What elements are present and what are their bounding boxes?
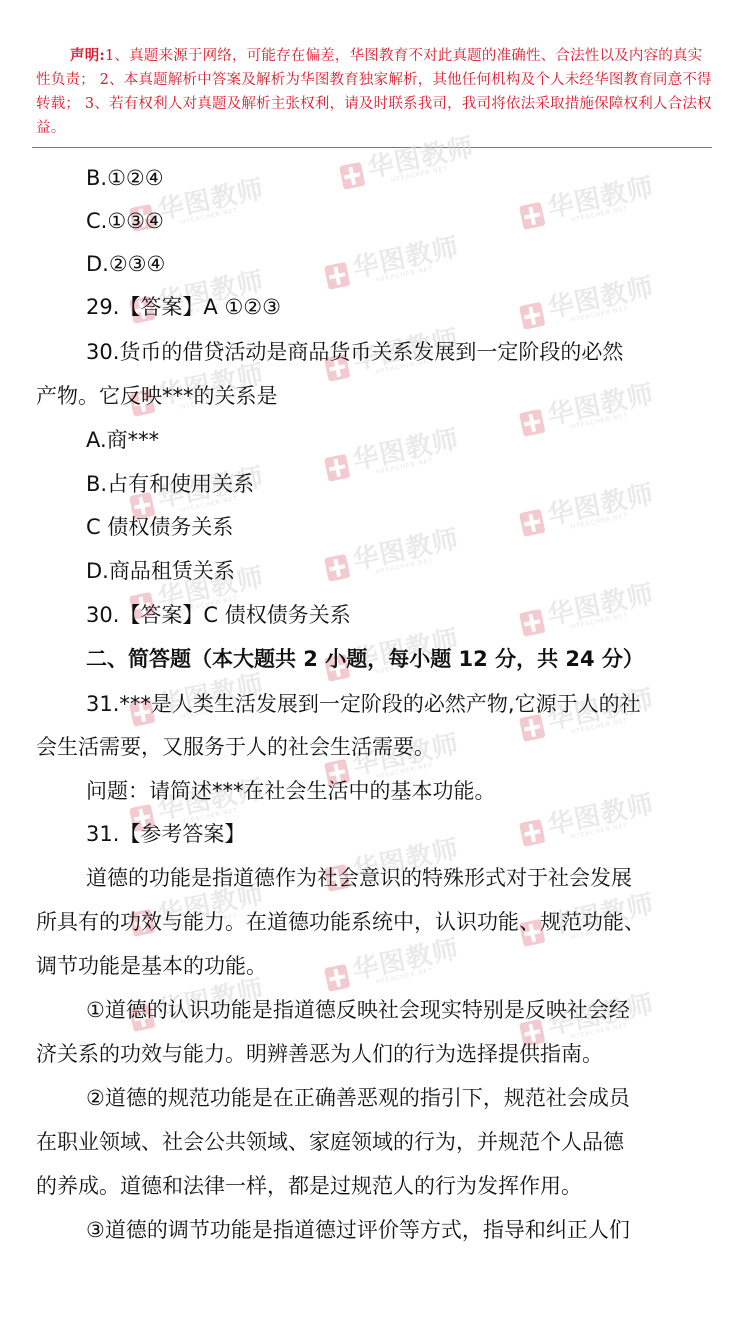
- answer-q31-point-1-line-2: 济关系的功效与能力。明辨善恶为人们的行为选择提供指南。: [36, 1040, 603, 1068]
- watermark-logo-icon: [519, 509, 546, 537]
- watermark-logo-icon: [519, 609, 546, 637]
- watermark-logo-icon: [519, 714, 546, 742]
- question-31-line-2: 会生活需要，又服务于人的社会生活需要。: [36, 733, 435, 761]
- watermark-logo-icon: [519, 302, 546, 330]
- watermark: 华图教师HTEACHER.NET: [518, 481, 658, 541]
- header-divider: [32, 147, 712, 148]
- watermark: 华图教师HTEACHER.NET: [323, 426, 463, 486]
- option-d-q30: D.商品租赁关系: [86, 557, 235, 585]
- watermark-logo-icon: [339, 162, 366, 190]
- answer-q31-para-1-line-2: 所具有的功效与能力。在道德功能系统中，认识功能、规范功能、: [36, 908, 645, 936]
- option-b-q30: B.占有和使用关系: [86, 470, 254, 498]
- watermark: 华图教师HTEACHER.NET: [518, 381, 658, 441]
- answer-q31-point-2-line-2: 在职业领域、社会公共领域、家庭领域的行为，并规范个人品德: [36, 1128, 624, 1156]
- answer-q31-point-3-line-1: ③道德的调节功能是指道德过评价等方式，指导和纠正人们: [86, 1216, 630, 1244]
- watermark-logo-icon: [324, 262, 351, 290]
- watermark-logo-icon: [519, 819, 546, 847]
- disclaimer-text: 1、真题来源于网络，可能存在偏差，华图教育不对此真题的准确性、合法性以及内容的真…: [36, 48, 712, 136]
- answer-q31-heading: 31.【参考答案】: [86, 820, 245, 848]
- watermark-logo-icon: [324, 454, 351, 482]
- question-30-line-2: 产物。它反映***的关系是: [36, 382, 278, 410]
- answer-q31-para-1-line-3: 调节功能是基本的功能。: [36, 952, 267, 980]
- question-31-prompt: 问题：请简述***在社会生活中的基本功能。: [86, 777, 496, 805]
- watermark: 华图教师HTEACHER.NET: [323, 936, 463, 996]
- watermark-logo-icon: [324, 964, 351, 992]
- watermark-logo-icon: [519, 202, 546, 230]
- option-c-q29: C.①③④: [86, 207, 164, 235]
- question-31-line-1: 31.***是人类生活发展到一定阶段的必然产物,它源于人的社: [86, 690, 641, 718]
- section-heading-short-answer: 二、简答题（本大题共 2 小题，每小题 12 分，共 24 分）: [86, 645, 644, 673]
- answer-q31-point-1-line-1: ①道德的认识功能是指道德反映社会现实特别是反映社会经: [86, 996, 630, 1024]
- question-30-line-1: 30.货币的借贷活动是商品货币关系发展到一定阶段的必然: [86, 338, 623, 366]
- watermark: 华图教师HTEACHER.NET: [518, 274, 658, 334]
- answer-q30: 30.【答案】C 债权债务关系: [86, 601, 351, 629]
- watermark: 华图教师HTEACHER.NET: [518, 174, 658, 234]
- disclaimer-lead: 声明:: [70, 47, 105, 64]
- disclaimer-notice: 声明:1、真题来源于网络，可能存在偏差，华图教育不对此真题的准确性、合法性以及内…: [36, 44, 712, 140]
- watermark: 华图教师HTEACHER.NET: [323, 526, 463, 586]
- watermark: 华图教师HTEACHER.NET: [518, 581, 658, 641]
- watermark-logo-icon: [519, 409, 546, 437]
- option-b-q29: B.①②④: [86, 164, 164, 192]
- answer-q31-point-2-line-1: ②道德的规范功能是在正确善恶观的指引下，规范社会成员: [86, 1084, 630, 1112]
- answer-q31-point-2-line-3: 的养成。道德和法律一样，都是过规范人的行为发挥作用。: [36, 1172, 582, 1200]
- watermark: 华图教师HTEACHER.NET: [323, 234, 463, 294]
- option-c-q30: C 债权债务关系: [86, 513, 233, 541]
- answer-q31-para-1-line-1: 道德的功能是指道德作为社会意识的特殊形式对于社会发展: [86, 864, 632, 892]
- answer-q29: 29.【答案】A ①②③: [86, 293, 281, 321]
- option-d-q29: D.②③④: [86, 250, 165, 278]
- watermark: 华图教师HTEACHER.NET: [518, 791, 658, 851]
- option-a-q30: A.商***: [86, 426, 159, 454]
- watermark-logo-icon: [324, 554, 351, 582]
- watermark: 华图教师HTEACHER.NET: [338, 134, 478, 194]
